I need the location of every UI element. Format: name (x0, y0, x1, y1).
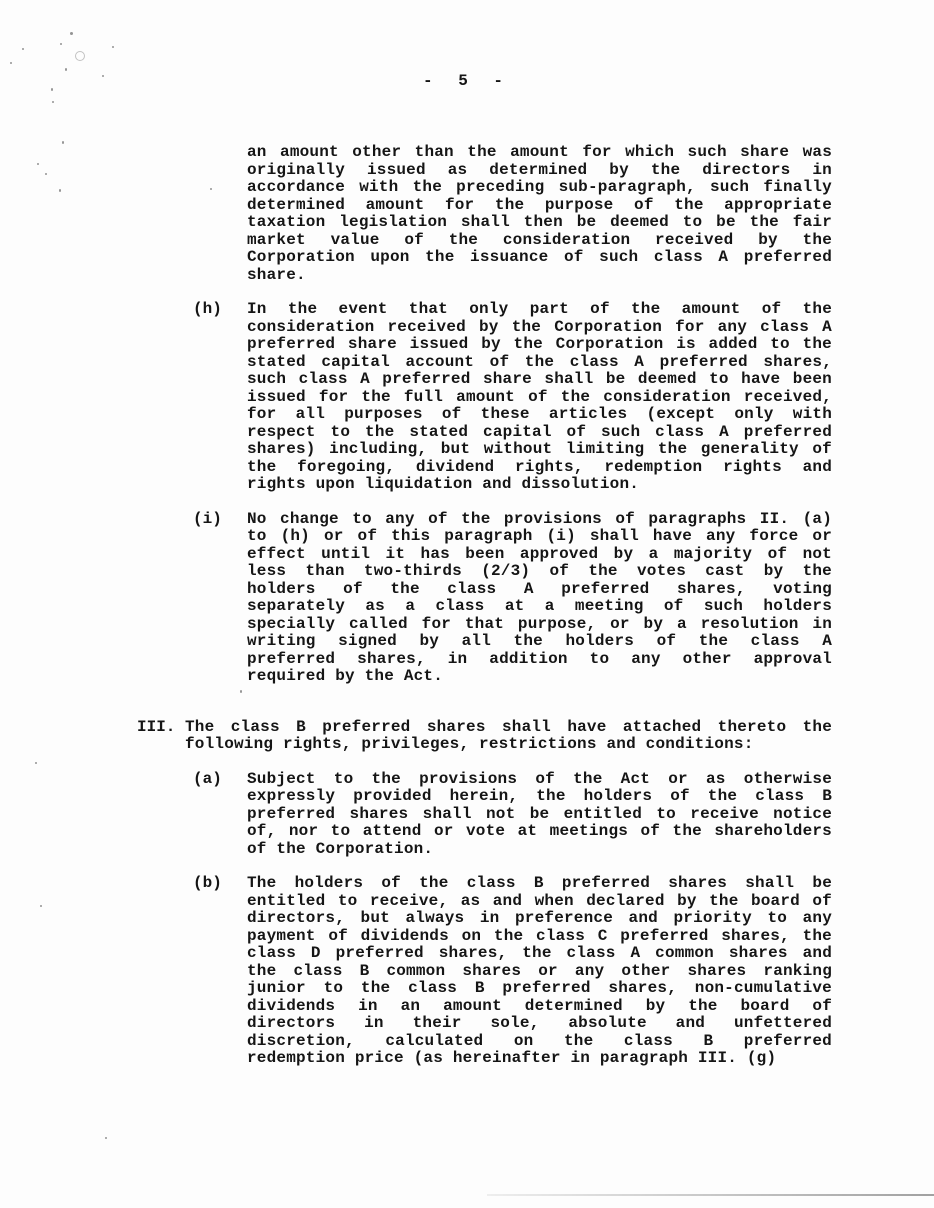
scan-edge-line (487, 1194, 934, 1196)
scan-speck (37, 163, 39, 165)
text-line: an amount other than the amount for whic… (247, 144, 832, 162)
paragraph-label: (a) (193, 771, 222, 789)
text-line: the foregoing, dividend rights, redempti… (247, 459, 832, 477)
scan-speck (60, 43, 62, 45)
text-line: In the event that only part of the amoun… (247, 301, 832, 319)
paragraph-text: No change to any of the provisions of pa… (247, 511, 832, 686)
text-line: of the Corporation. (247, 841, 832, 859)
text-line: respect to the stated capital of such cl… (247, 424, 832, 442)
paragraph-text: The class B preferred shares shall have … (185, 719, 832, 754)
text-line: dividends in an amount determined by the… (247, 998, 832, 1016)
scan-speck (102, 75, 104, 77)
text-line: separately as a class at a meeting of su… (247, 598, 832, 616)
paragraph-text: an amount other than the amount for whic… (247, 144, 832, 284)
text-line: preferred shares, in addition to any oth… (247, 651, 832, 669)
text-line: preferred shares shall not be entitled t… (247, 806, 832, 824)
text-line: shares) including, but without limiting … (247, 441, 832, 459)
text-line: to (h) or of this paragraph (i) shall ha… (247, 528, 832, 546)
text-line: such class A preferred share shall be de… (247, 371, 832, 389)
text-line: share. (247, 267, 832, 285)
paragraph-text: In the event that only part of the amoun… (247, 301, 832, 494)
text-line: junior to the class B preferred shares, … (247, 980, 832, 998)
text-line: less than two-thirds (2/3) of the votes … (247, 563, 832, 581)
document-page: - 5 - an amount other than the amount fo… (0, 0, 934, 1208)
scan-speck (65, 68, 67, 71)
scan-speck (45, 173, 47, 175)
scan-speck (210, 188, 212, 190)
text-line: issued for the full amount of the consid… (247, 389, 832, 407)
scan-speck (35, 762, 37, 764)
text-line: determined amount for the purpose of the… (247, 197, 832, 215)
text-line: stated capital account of the class A pr… (247, 354, 832, 372)
text-line: directors, but always in preference and … (247, 910, 832, 928)
paragraph: III.The class B preferred shares shall h… (0, 719, 934, 754)
text-line: The holders of the class B preferred sha… (247, 875, 832, 893)
text-line: specially called for that purpose, or by… (247, 616, 832, 634)
scan-speck (59, 189, 61, 192)
text-line: consideration received by the Corporatio… (247, 319, 832, 337)
text-line: Corporation upon the issuance of such cl… (247, 249, 832, 267)
scan-speck (75, 51, 85, 61)
text-line: taxation legislation shall then be deeme… (247, 214, 832, 232)
text-line: entitled to receive, as and when declare… (247, 893, 832, 911)
paragraph-text: Subject to the provisions of the Act or … (247, 771, 832, 859)
text-line: required by the Act. (247, 668, 832, 686)
text-line: holders of the class A preferred shares,… (247, 581, 832, 599)
text-line: Subject to the provisions of the Act or … (247, 771, 832, 789)
scan-speck (62, 141, 64, 144)
text-line: market value of the consideration receiv… (247, 232, 832, 250)
scan-speck (22, 48, 24, 50)
paragraph-text: The holders of the class B preferred sha… (247, 875, 832, 1068)
paragraph: (b)The holders of the class B preferred … (0, 875, 934, 1068)
paragraph-label: (i) (193, 511, 222, 529)
paragraph-label: III. (137, 719, 175, 737)
scan-speck (52, 101, 54, 103)
text-line: No change to any of the provisions of pa… (247, 511, 832, 529)
text-line: writing signed by all the holders of the… (247, 633, 832, 651)
text-line: the class B common shares or any other s… (247, 963, 832, 981)
text-line: of, nor to attend or vote at meetings of… (247, 823, 832, 841)
text-line: redemption price (as hereinafter in para… (247, 1050, 832, 1068)
text-line: accordance with the preceding sub-paragr… (247, 179, 832, 197)
paragraph-label: (b) (193, 875, 222, 893)
paragraph: (a)Subject to the provisions of the Act … (0, 771, 934, 859)
scan-speck (70, 32, 73, 35)
page-number: - 5 - (0, 72, 934, 90)
text-line: directors in their sole, absolute and un… (247, 1015, 832, 1033)
text-line: payment of dividends on the class C pref… (247, 928, 832, 946)
scan-speck (240, 690, 242, 693)
scan-speck (105, 1137, 107, 1139)
document-body: an amount other than the amount for whic… (0, 144, 934, 1068)
text-line: discretion, calculated on the class B pr… (247, 1033, 832, 1051)
text-line: preferred share issued by the Corporatio… (247, 336, 832, 354)
text-line: following rights, privileges, restrictio… (185, 736, 832, 754)
text-line: The class B preferred shares shall have … (185, 719, 832, 737)
paragraph: (h)In the event that only part of the am… (0, 301, 934, 494)
text-line: class D preferred shares, the class A co… (247, 945, 832, 963)
text-line: for all purposes of these articles (exce… (247, 406, 832, 424)
text-line: expressly provided herein, the holders o… (247, 788, 832, 806)
scan-speck (112, 46, 114, 48)
text-line: rights upon liquidation and dissolution. (247, 476, 832, 494)
scan-speck (51, 88, 53, 91)
paragraph-label: (h) (193, 301, 222, 319)
paragraph: (i)No change to any of the provisions of… (0, 511, 934, 686)
paragraph: an amount other than the amount for whic… (0, 144, 934, 284)
text-line: originally issued as determined by the d… (247, 162, 832, 180)
scan-speck (10, 62, 12, 64)
text-line: effect until it has been approved by a m… (247, 546, 832, 564)
scan-speck (40, 905, 42, 907)
